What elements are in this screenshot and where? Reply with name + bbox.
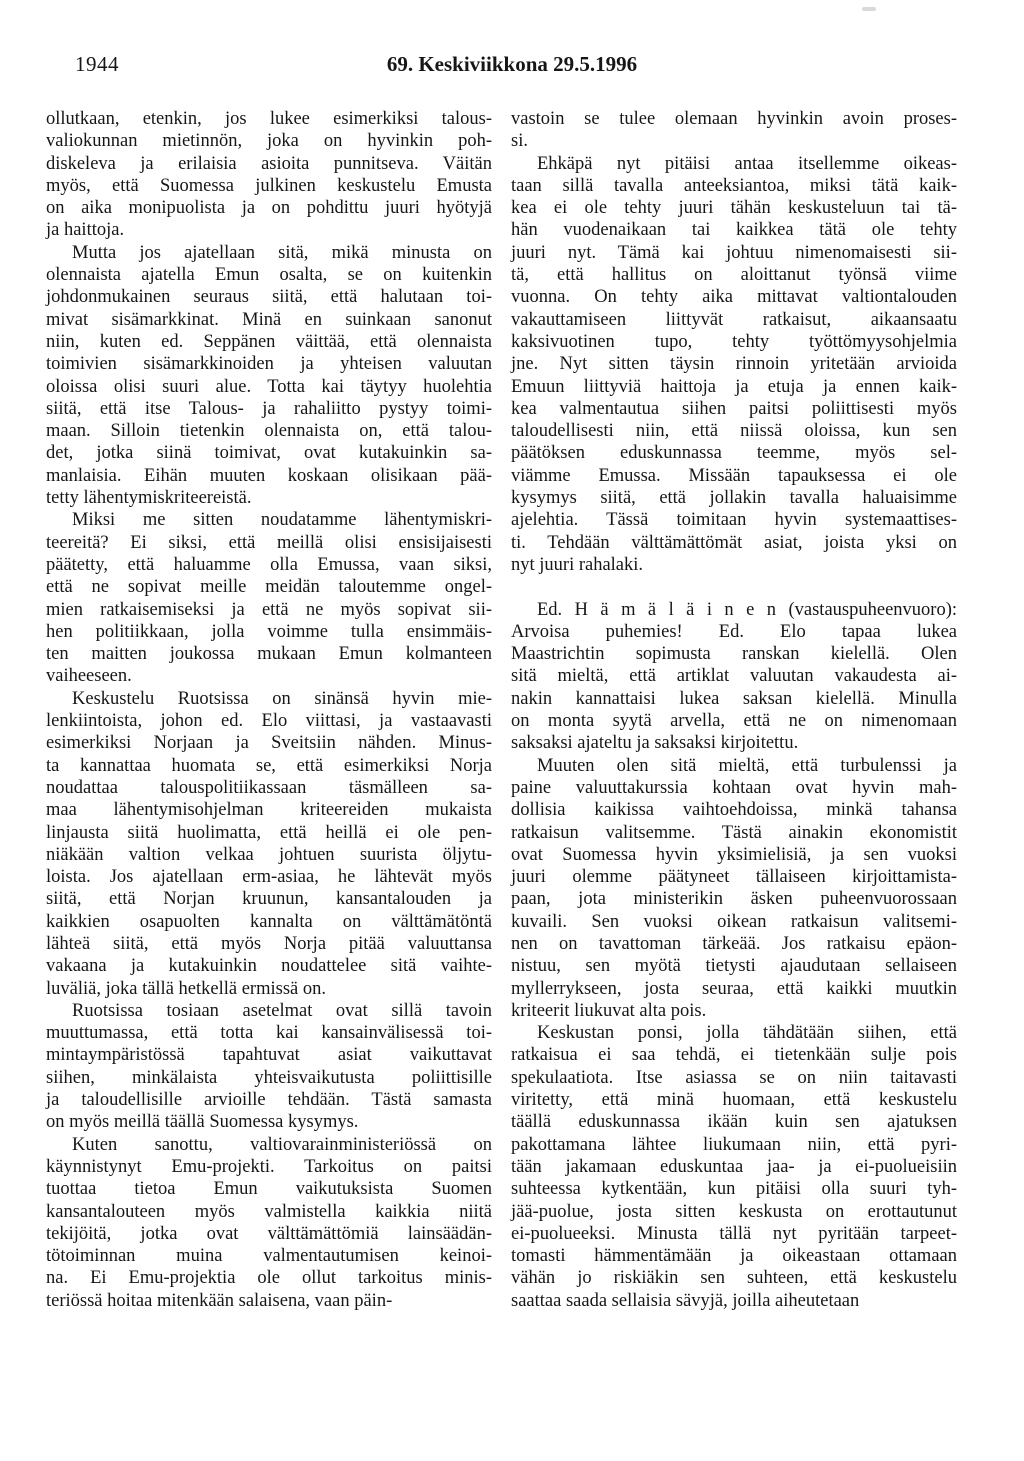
document-page: 1944 69. Keskiviikkona 29.5.1996 ollutka…	[0, 0, 1024, 1461]
text-line: tekijöitä, jotka ovat välttämättömiä lai…	[46, 1223, 492, 1245]
text-line: vähän jo riskiäkin sen suhteen, että kes…	[511, 1267, 957, 1289]
text-line: Ruotsissa tosiaan asetelmat ovat sillä t…	[46, 1000, 492, 1022]
text-line: siitä, että itse Talous- ja rahaliitto p…	[46, 398, 492, 420]
text-line: mintaympäristössä tapahtuvat asiat vaiku…	[46, 1044, 492, 1066]
text-line: kysymys siitä, että jollakin tavalla hal…	[511, 487, 957, 509]
text-line: Keskustan ponsi, jolla tähdätään siihen,…	[511, 1022, 957, 1044]
text-line: käynnistynyt Emu-projekti. Tarkoitus on …	[46, 1156, 492, 1178]
text-line: ja taloudellisille arvioille tehdään. Tä…	[46, 1089, 492, 1111]
text-line: kaikkien osapuolten kannalta on välttämä…	[46, 911, 492, 933]
text-line: viämme Emussa. Missään tapauksessa ei ol…	[511, 465, 957, 487]
text-line: siitä, että Norjan kruunun, kansantaloud…	[46, 888, 492, 910]
paragraph: Miksi me sitten noudatamme lähentymiskri…	[46, 509, 492, 687]
text-line: niin, kuten ed. Seppänen väittää, että o…	[46, 331, 492, 353]
text-line: spekulaatiota. Itse asiassa se on niin t…	[511, 1067, 957, 1089]
text-line: juuri nyt. Tämä kai johtuu nimenomaisest…	[511, 242, 957, 264]
text-line: niäkään valtion velkaa johtuen suurista …	[46, 844, 492, 866]
text-column-right: vastoin se tulee olemaan hyvinkin avoin …	[511, 108, 957, 1312]
paragraph: Keskustan ponsi, jolla tähdätään siihen,…	[511, 1022, 957, 1312]
text-line: ja haittoja.	[46, 219, 492, 241]
text-line: Maastrichtin sopimusta ranskan kielellä.…	[511, 643, 957, 665]
text-line: ei-puolueeksi. Minusta tällä nyt pyritää…	[511, 1223, 957, 1245]
text-line: mivat sisämarkkinat. Minä en suinkaan sa…	[46, 309, 492, 331]
text-line: myös, että Suomessa julkinen keskustelu …	[46, 175, 492, 197]
text-line: saattaa saada sellaisia sävyjä, joilla a…	[511, 1290, 957, 1312]
text-line: teereitä? Ei siksi, että meillä olisi en…	[46, 532, 492, 554]
text-line: hen politiikkaan, jolla voimme tulla ens…	[46, 621, 492, 643]
text-line: on aika monipuolista ja on pohdittu juur…	[46, 197, 492, 219]
text-line: on myös meillä täällä Suomessa kysymys.	[46, 1111, 492, 1133]
text-line: ratkaisun valitsemme. Tästä ainakin ekon…	[511, 822, 957, 844]
text-line: luväliä, joka tällä hetkellä ermissä on.	[46, 978, 492, 1000]
text-line: loista. Jos ajatellaan erm-asiaa, he läh…	[46, 866, 492, 888]
text-line: toimivien sisämarkkinoiden ja yhteisen v…	[46, 353, 492, 375]
text-line: maan. Silloin tietenkin olennaista on, e…	[46, 420, 492, 442]
paragraph: Ruotsissa tosiaan asetelmat ovat sillä t…	[46, 1000, 492, 1134]
text-line: ratkaisua ei saa tehdä, ei tietenkään su…	[511, 1044, 957, 1066]
text-line: vastoin se tulee olemaan hyvinkin avoin …	[511, 108, 957, 130]
text-column-left: ollutkaan, etenkin, jos lukee esimerkiks…	[46, 108, 492, 1312]
text-line: Keskustelu Ruotsissa on sinänsä hyvin mi…	[46, 688, 492, 710]
text-line: Mutta jos ajatellaan sitä, mikä minusta …	[46, 242, 492, 264]
text-line: ajelehtia. Tässä toimitaan hyvin systema…	[511, 509, 957, 531]
text-line: Kuten sanottu, valtiovarainministeriössä…	[46, 1134, 492, 1156]
text-line: Miksi me sitten noudatamme lähentymiskri…	[46, 509, 492, 531]
text-line: ti. Tehdään välttämättömät asiat, joista…	[511, 532, 957, 554]
text-line: paine valuuttakurssia kohtaan ovat hyvin…	[511, 777, 957, 799]
text-line: Ehkäpä nyt pitäisi antaa itsellemme oike…	[511, 153, 957, 175]
text-line: noudattaa talouspolitiikassaan täsmällee…	[46, 777, 492, 799]
text-line: diskeleva ja erilaisia asioita punnitsev…	[46, 153, 492, 175]
text-line: paan, jota ministerikin äsken puheenvuor…	[511, 888, 957, 910]
text-line: kea valmentautua siihen paitsi poliittis…	[511, 398, 957, 420]
paragraph: Mutta jos ajatellaan sitä, mikä minusta …	[46, 242, 492, 510]
text-line: tomasti hämmentämään ja oikeastaan ottam…	[511, 1245, 957, 1267]
text-line: si.	[511, 130, 957, 152]
text-line: johdonmukainen seuraus siitä, että halut…	[46, 286, 492, 308]
text-line: tuottaa tietoa Emun vaikutuksista Suomen	[46, 1178, 492, 1200]
text-line: vakaana ja kutakuinkin noudattelee sitä …	[46, 955, 492, 977]
page-header-title: 69. Keskiviikkona 29.5.1996	[0, 52, 1024, 77]
text-line: suhteessa kytkentään, kun pitäisi olla s…	[511, 1178, 957, 1200]
text-line: vuonna. On tehty aika mittavat valtionta…	[511, 286, 957, 308]
text-line: päätetty, että haluamme olla Emussa, vaa…	[46, 554, 492, 576]
text-line: nyt juuri rahalaki.	[511, 554, 957, 576]
text-line: ten maitten joukossa mukaan Emun kolmant…	[46, 643, 492, 665]
text-line: linjausta siitä huolimatta, että heillä …	[46, 822, 492, 844]
text-line: jne. Nyt sitten täysin rinnoin yritetään…	[511, 353, 957, 375]
text-line: Ed. H ä m ä l ä i n e n (vastauspuheenvu…	[511, 599, 957, 621]
text-line: pakottamana lähtee liukumaan niin, että …	[511, 1134, 957, 1156]
text-line: valiokunnan mietinnön, joka on hyvinkin …	[46, 130, 492, 152]
paragraph: Ehkäpä nyt pitäisi antaa itsellemme oike…	[511, 153, 957, 577]
text-line: hän vuodenaikaan tai kaikkea tätä ole te…	[511, 219, 957, 241]
text-line: viritetty, että minä huomaan, että kesku…	[511, 1089, 957, 1111]
text-line: nistuu, sen myötä tietysti ajaudutaan se…	[511, 955, 957, 977]
text-line: juuri olemme päätyneet tällaiseen kirjoi…	[511, 866, 957, 888]
text-line: sitä mieltä, että artiklat valuutan vaka…	[511, 665, 957, 687]
text-line: lenkiintoista, johon ed. Elo viittasi, j…	[46, 710, 492, 732]
text-line: saksaksi ajateltu ja saksaksi kirjoitett…	[511, 732, 957, 754]
text-line: tä, että hallitus on aloittanut työnsä v…	[511, 264, 957, 286]
text-line: ta kannattaa huomata se, että esimerkiks…	[46, 755, 492, 777]
text-line: Arvoisa puhemies! Ed. Elo tapaa lukea	[511, 621, 957, 643]
text-line: Muuten olen sitä mieltä, että turbulenss…	[511, 755, 957, 777]
text-line: kansantalouteen myös valmistella kaikkia…	[46, 1201, 492, 1223]
text-line: jää-puolue, josta sitten keskusta on ero…	[511, 1201, 957, 1223]
text-line: ollutkaan, etenkin, jos lukee esimerkiks…	[46, 108, 492, 130]
text-line: siihen, minkälaista yhteisvaikutusta pol…	[46, 1067, 492, 1089]
text-line: lähteä siitä, että myös Norja pitää valu…	[46, 933, 492, 955]
text-line: teriössä hoitaa mitenkään salaisena, vaa…	[46, 1290, 492, 1312]
text-line: Emuun liittyviä haittoja ja etuja ja enn…	[511, 376, 957, 398]
text-line: maa lähentymisohjelman kriteereiden muka…	[46, 799, 492, 821]
text-line: na. Ei Emu-projektia ole ollut tarkoitus…	[46, 1267, 492, 1289]
text-line: myllerrykseen, josta seuraa, että kaikki…	[511, 978, 957, 1000]
text-line: vakauttamiseen liittyvät ratkaisut, aika…	[511, 309, 957, 331]
text-line: nen on tavattoman tärkeää. Jos ratkaisu …	[511, 933, 957, 955]
text-line: oloissa olisi suuri alue. Totta kai täyt…	[46, 376, 492, 398]
text-line: kriteerit liukuvat alta pois.	[511, 1000, 957, 1022]
text-line: vaiheeseen.	[46, 665, 492, 687]
paragraph: Keskustelu Ruotsissa on sinänsä hyvin mi…	[46, 688, 492, 1000]
text-line: kaksivuotinen tupo, tehty työttömyysohje…	[511, 331, 957, 353]
text-line: ovat Suomessa hyvin yksimielisiä, ja sen…	[511, 844, 957, 866]
text-line: täällä eduskunnassa ikään kuin sen ajatu…	[511, 1111, 957, 1133]
paragraph: vastoin se tulee olemaan hyvinkin avoin …	[511, 108, 957, 153]
text-line: olennaista ajatella Emun osalta, se on k…	[46, 264, 492, 286]
text-line: tetty lähentymiskriteereistä.	[46, 487, 492, 509]
text-line: kea ei ole tehty juuri tähän keskusteluu…	[511, 197, 957, 219]
text-line: taloudellisesti niin, että niissä oloiss…	[511, 420, 957, 442]
text-line: nakin kannattaisi lukea saksan kielellä.…	[511, 688, 957, 710]
text-line: tään jakamaan eduskuntaa jaa- ja ei-puol…	[511, 1156, 957, 1178]
text-line: esimerkiksi Norjaan ja Sveitsiin nähden.…	[46, 732, 492, 754]
text-line: kuvaili. Sen vuoksi oikean ratkaisun val…	[511, 911, 957, 933]
text-line: että ne sopivat meille meidän taloutemme…	[46, 576, 492, 598]
paragraph: Kuten sanottu, valtiovarainministeriössä…	[46, 1134, 492, 1312]
paragraph: Ed. H ä m ä l ä i n e n (vastauspuheenvu…	[511, 599, 957, 755]
text-line: taan sillä tavalla anteeksiantoa, miksi …	[511, 175, 957, 197]
text-line: mien ratkaisemiseksi ja että ne myös sop…	[46, 599, 492, 621]
text-line: on monta syytä arvella, että ne on nimen…	[511, 710, 957, 732]
text-line: manlaisia. Eihän muuten koskaan olisikaa…	[46, 465, 492, 487]
text-line: päätöksen eduskunnassa teemme, myös sel-	[511, 442, 957, 464]
paragraph: Muuten olen sitä mieltä, että turbulenss…	[511, 755, 957, 1023]
paragraph: ollutkaan, etenkin, jos lukee esimerkiks…	[46, 108, 492, 242]
text-line: muuttumassa, että totta kai kansainvälis…	[46, 1022, 492, 1044]
text-line: tötoiminnan muina valmentautumisen keino…	[46, 1245, 492, 1267]
text-line: det, jotka siinä toimivat, ovat kutakuin…	[46, 442, 492, 464]
text-line: dollisia kaikissa vaihtoehdoissa, minkä …	[511, 799, 957, 821]
scan-artifact	[862, 7, 876, 11]
